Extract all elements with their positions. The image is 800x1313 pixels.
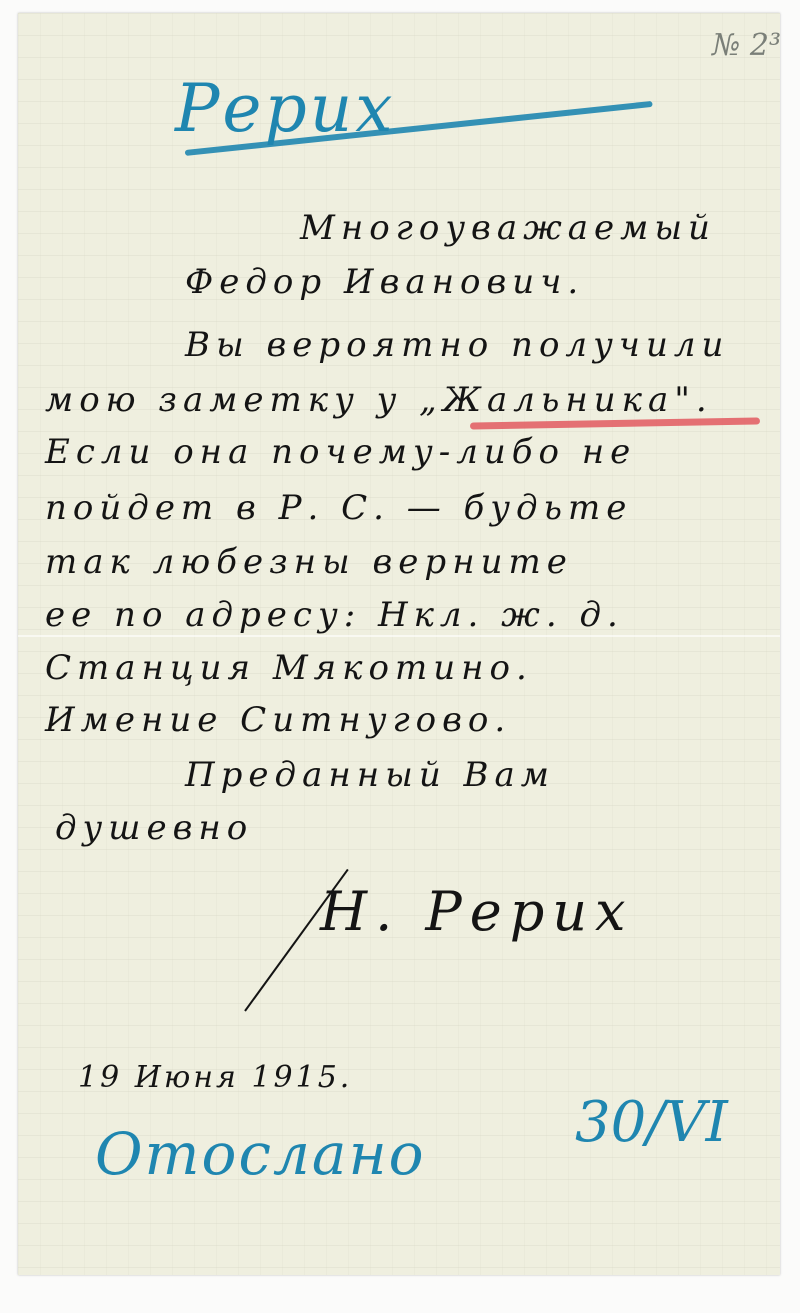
closing-line-2: душевно <box>55 808 253 848</box>
sent-annotation: Отослано <box>95 1120 426 1188</box>
body-line-2: мою заметку у „Жальника". <box>45 380 713 420</box>
body-line-4: пойдет в Р. С. — будьте <box>45 488 632 528</box>
salutation-line-1: Многоуважаемый <box>300 208 716 248</box>
paper-fold-crease <box>18 635 780 637</box>
salutation-line-2: Федор Иванович. <box>185 262 584 302</box>
closing-line-1: Преданный Вам <box>185 755 555 795</box>
body-line-5: так любезны верните <box>45 542 573 582</box>
letter-date: 19 Июня 1915. <box>78 1060 352 1095</box>
body-line-1: Вы вероятно получили <box>185 325 729 365</box>
body-line-3: Если она почему-либо не <box>45 432 636 472</box>
body-line-8: Имение Ситнугово. <box>45 700 511 740</box>
signature: Н. Рерих <box>320 880 634 943</box>
body-line-6: ее по адресу: Нкл. ж. д. <box>45 595 624 635</box>
archive-number: № 2³ <box>712 28 781 63</box>
sent-date-annotation: 30/VI <box>575 1090 728 1155</box>
body-line-7: Станция Мякотино. <box>45 648 533 688</box>
